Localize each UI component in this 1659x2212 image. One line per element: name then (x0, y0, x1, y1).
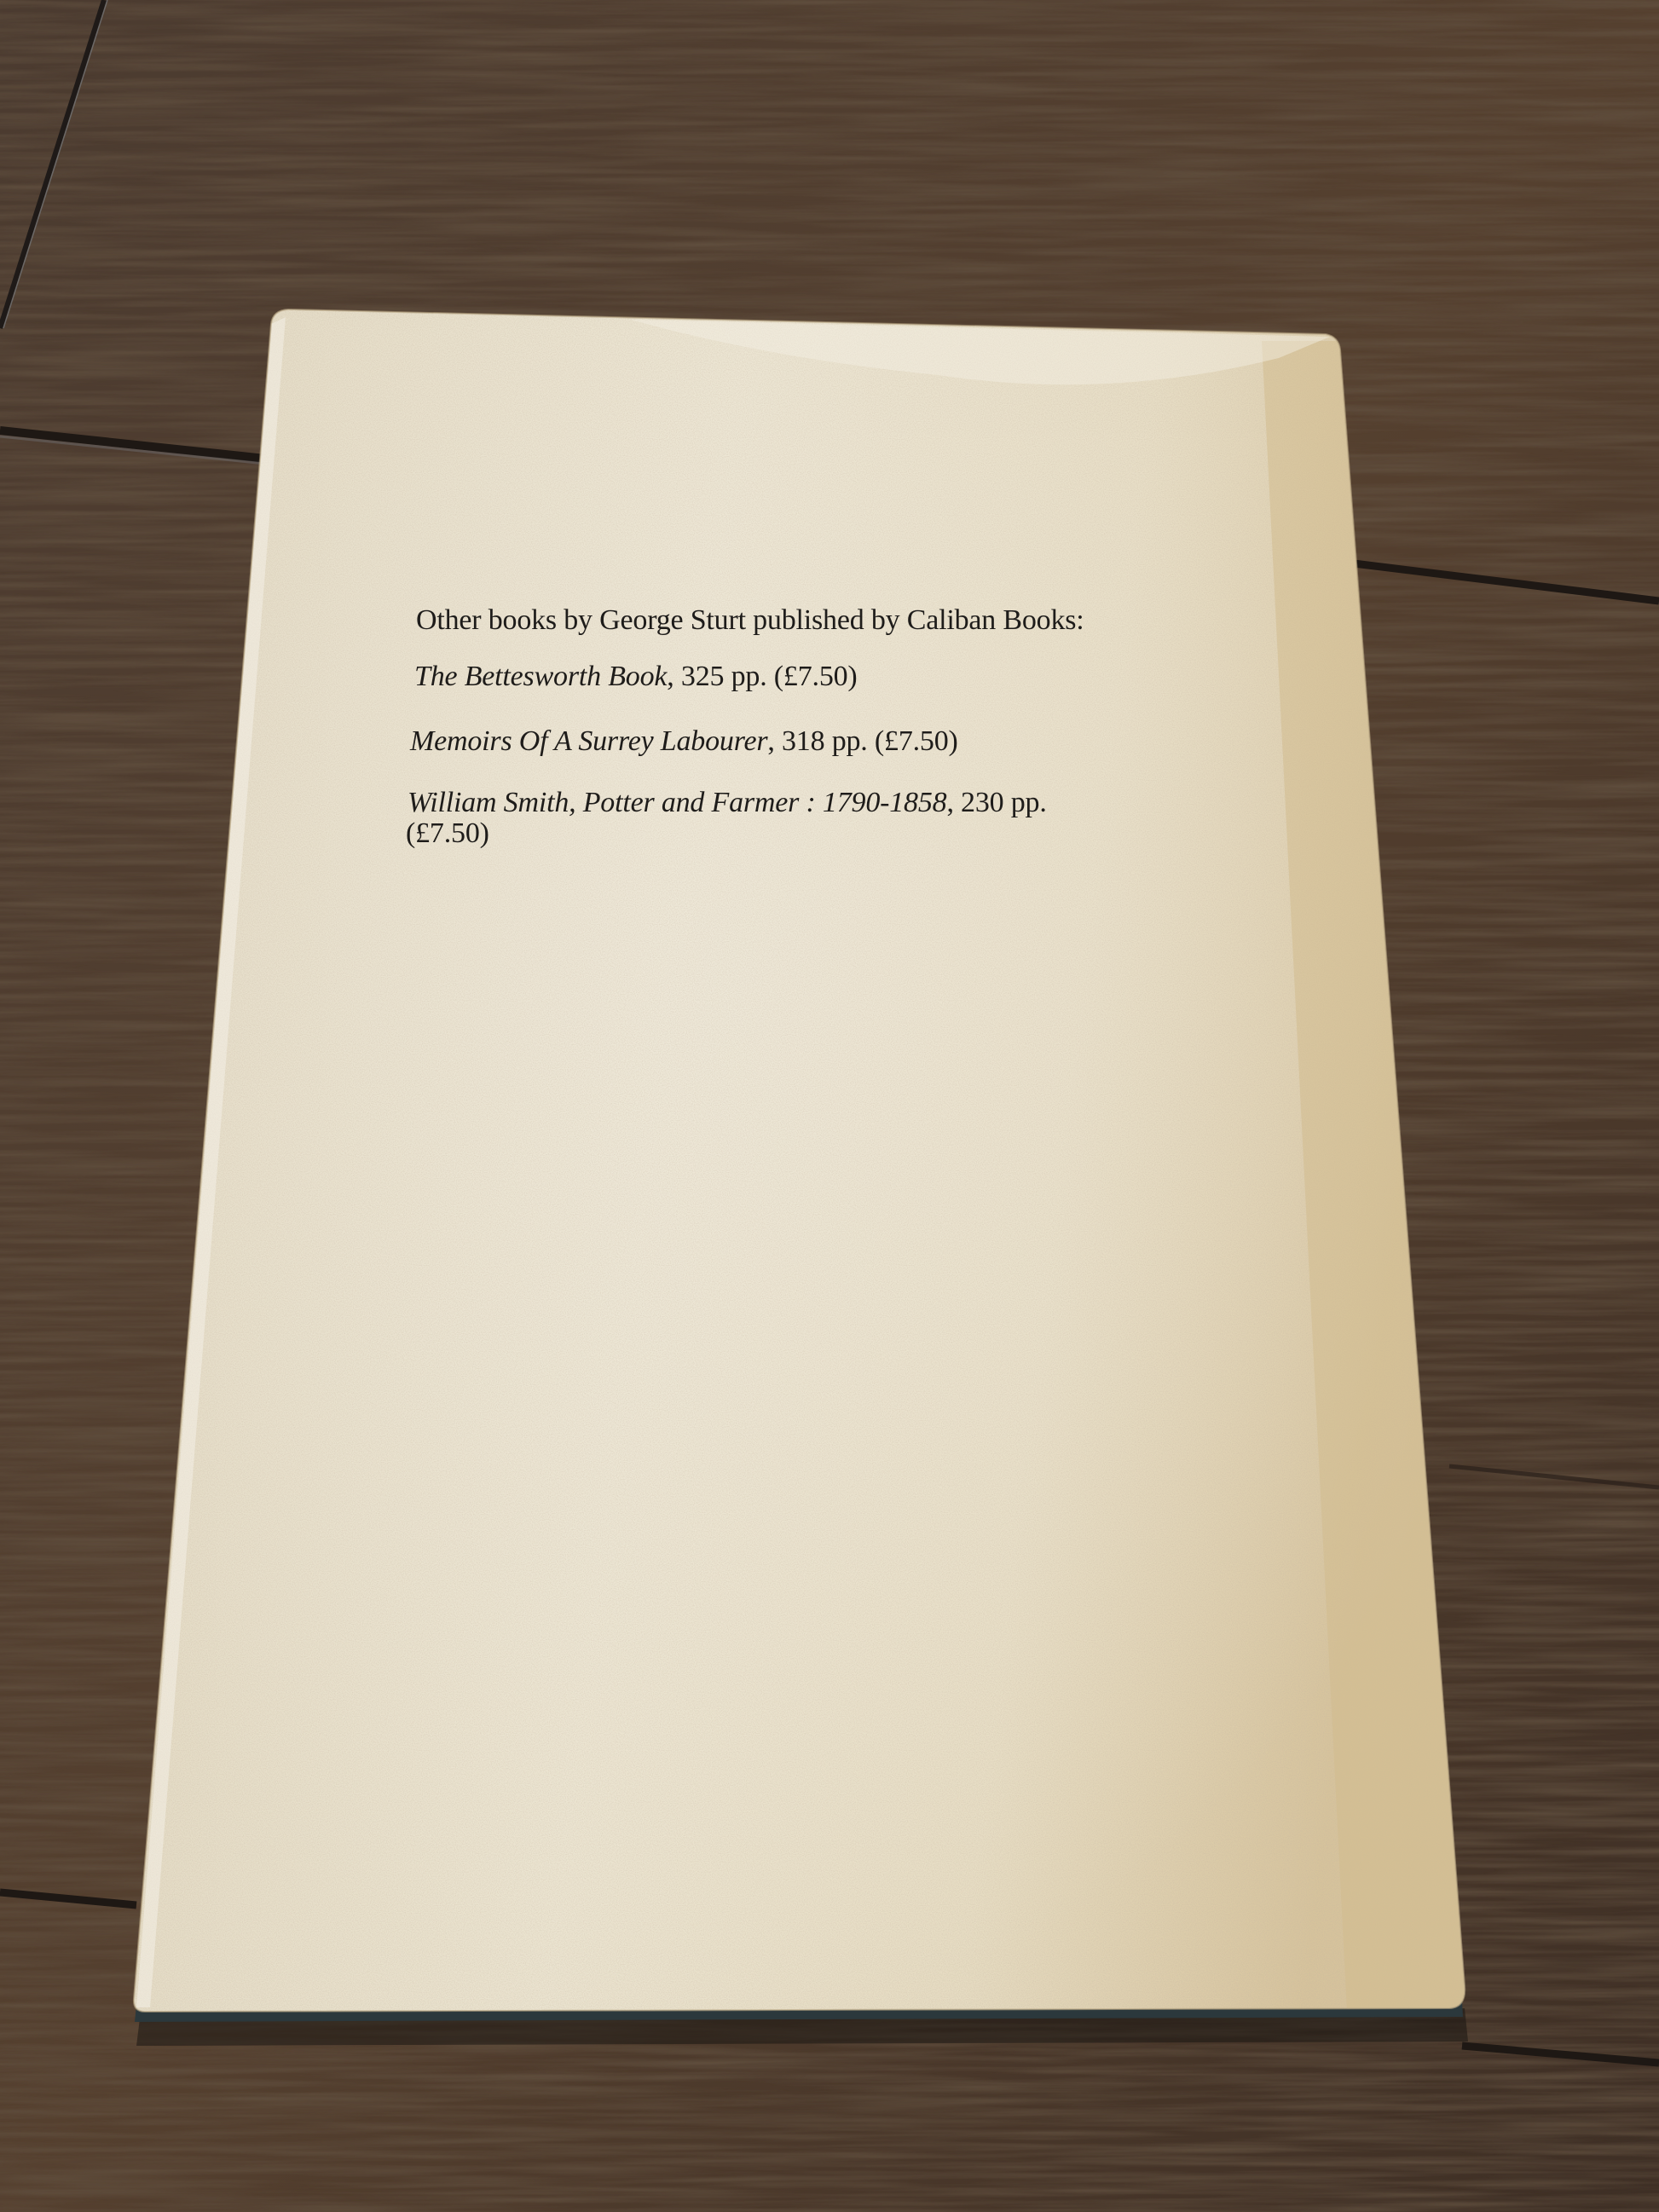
book-title: Memoirs Of A Surrey Labourer (410, 725, 767, 757)
book-title: William Smith, Potter and Farmer : 1790-… (408, 787, 946, 818)
book-details-continuation: (£7.50) (406, 817, 489, 851)
book-entry: The Bettesworth Book, 325 pp. (£7.50) (414, 660, 858, 694)
book-details: , 230 pp. (946, 787, 1046, 818)
book-entry: William Smith, Potter and Farmer : 1790-… (408, 786, 1047, 820)
book-details: , 318 pp. (£7.50) (767, 725, 957, 757)
book-back-cover (128, 307, 1475, 2022)
cover-heading: Other books by George Sturt published by… (416, 604, 1084, 638)
book-title: The Bettesworth Book (414, 661, 667, 692)
book-entry: Memoirs Of A Surrey Labourer, 318 pp. (£… (410, 725, 958, 759)
photo-scene (0, 0, 1659, 2212)
book-details: , 325 pp. (£7.50) (667, 661, 857, 692)
